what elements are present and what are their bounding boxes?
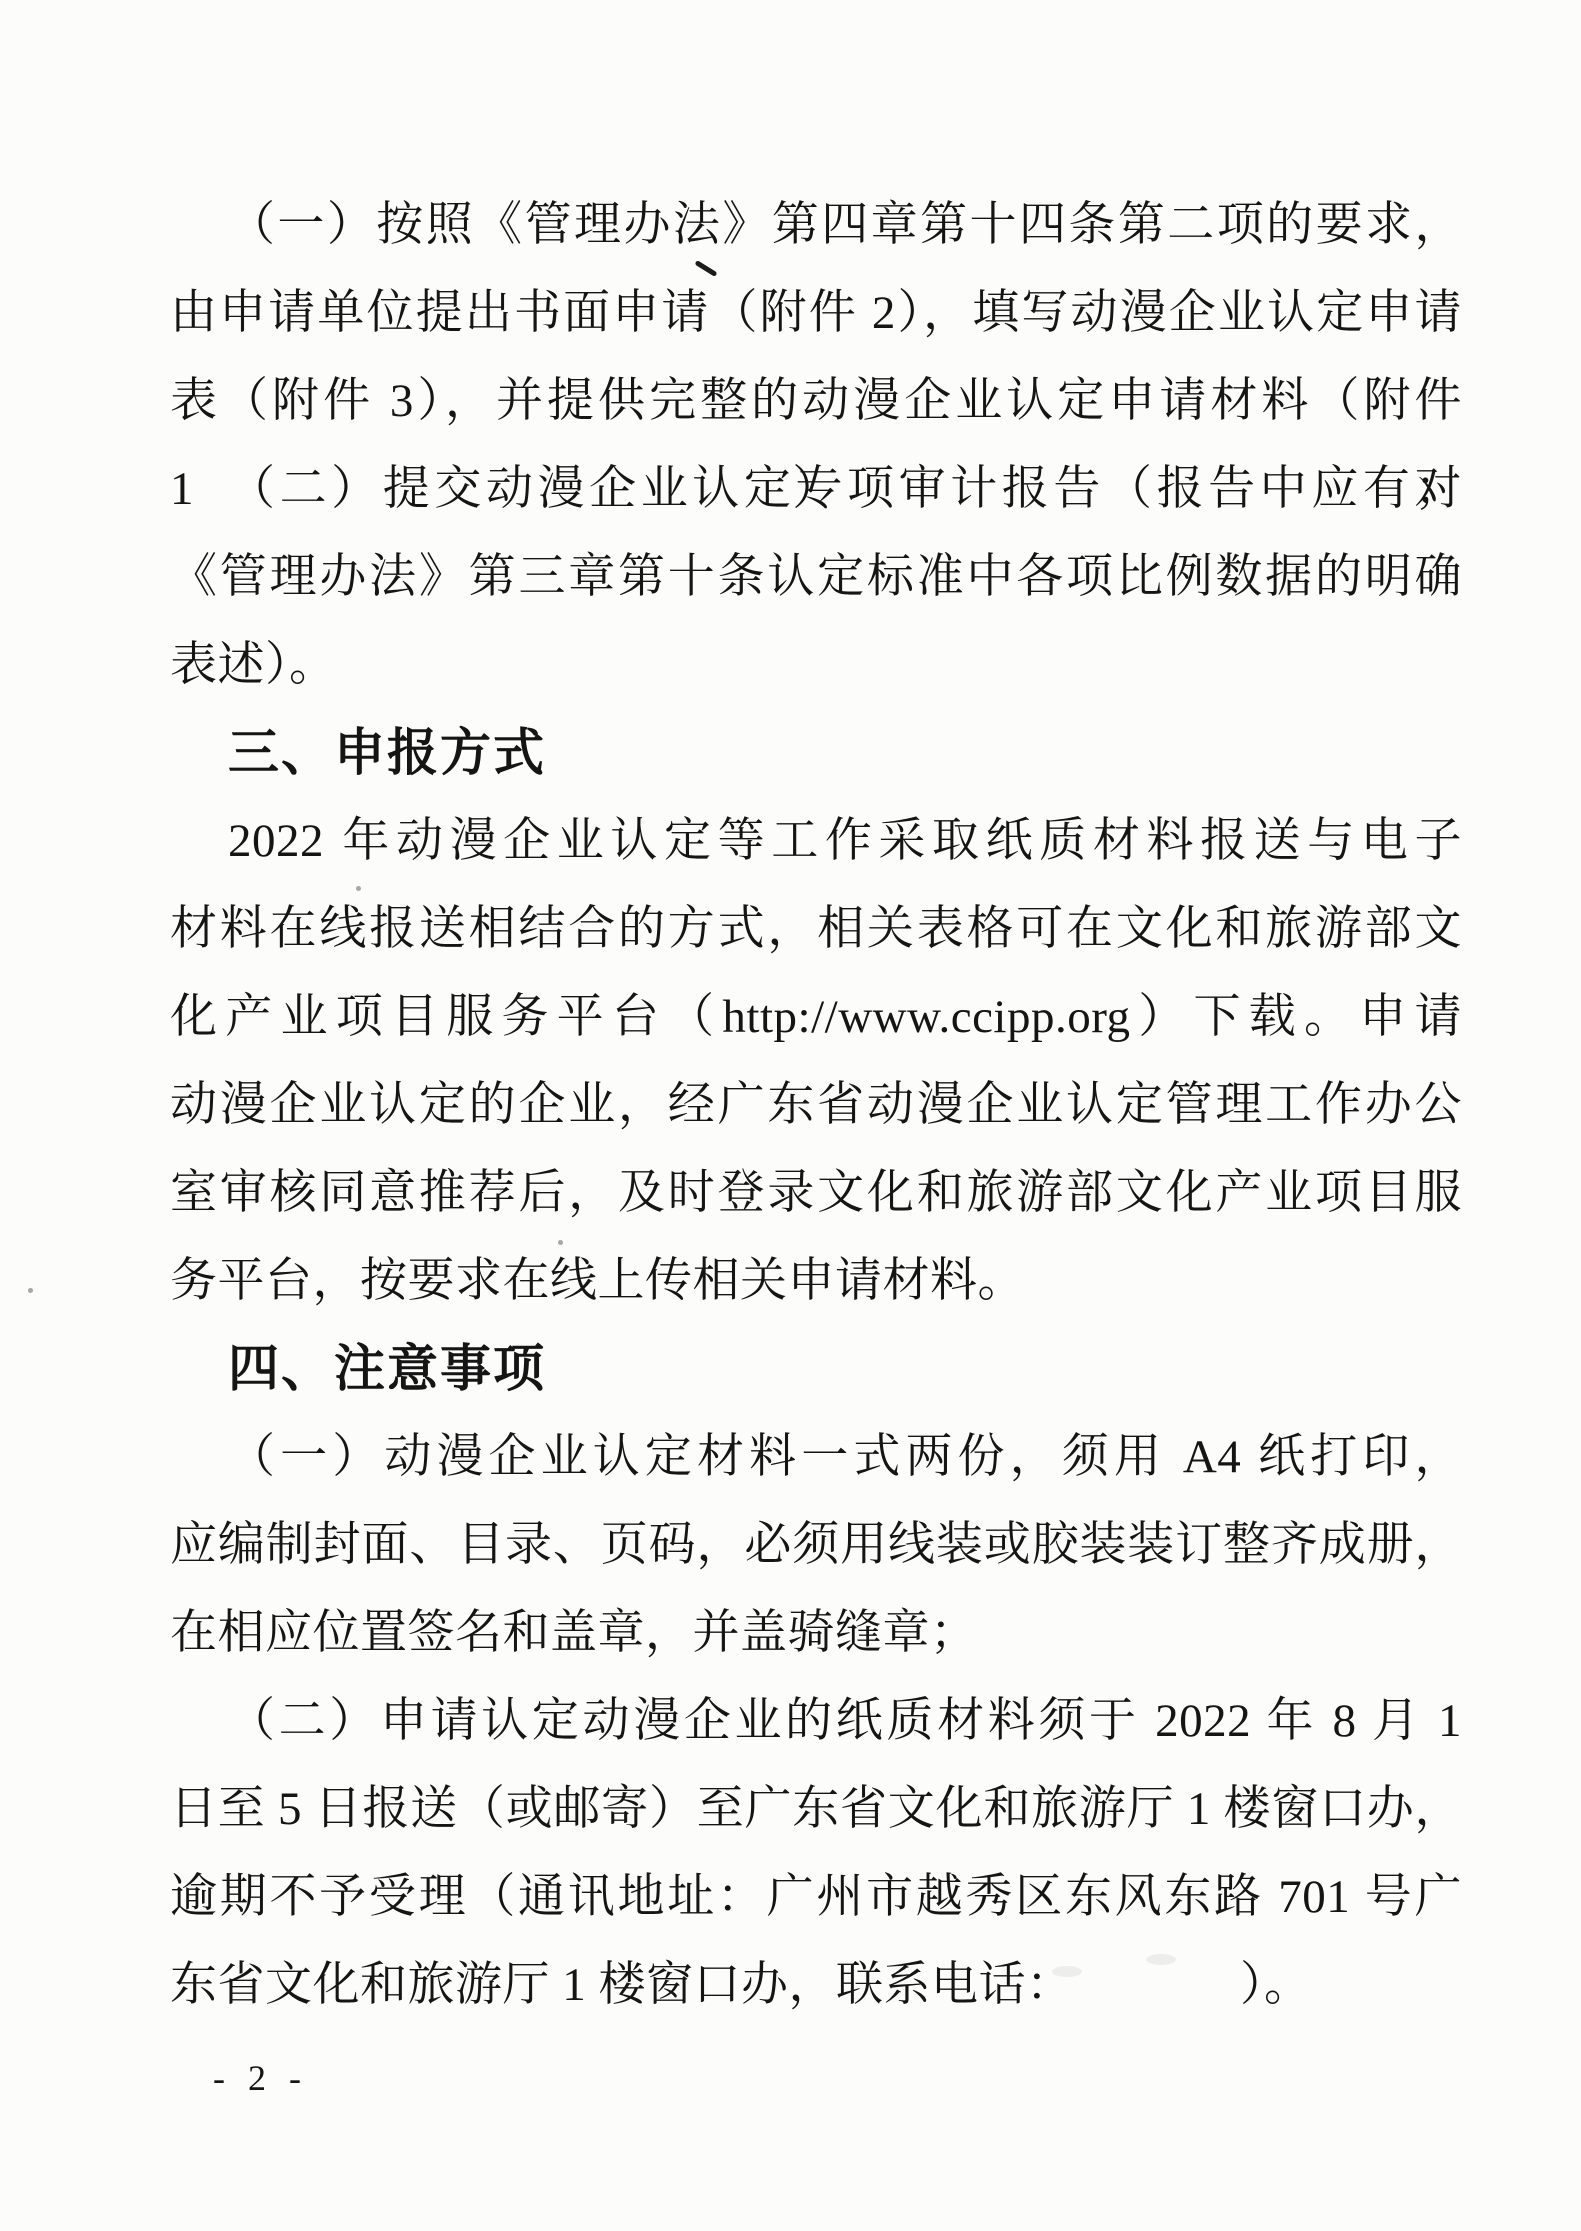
page-number: - 2 - (213, 2057, 308, 2099)
text-line: 逾期不予受理（通讯地址：广州市越秀区东风东路 701 号广 (170, 1853, 1462, 1941)
text-line: 动漫企业认定的企业，经广东省动漫企业认定管理工作办公 (170, 1061, 1462, 1149)
text-line: （一）动漫企业认定材料一式两份，须用 A4 纸打印， (170, 1413, 1462, 1501)
text-line: 在相应位置签名和盖章，并盖骑缝章； (170, 1589, 1462, 1677)
text-line: 表（附件 3），并提供完整的动漫企业认定申请材料（附件 1）； (170, 357, 1462, 445)
text-line: 由申请单位提出书面申请（附件 2），填写动漫企业认定申请 (170, 269, 1462, 357)
text-line: （二）申请认定动漫企业的纸质材料须于 2022 年 8 月 1 (170, 1677, 1462, 1765)
text-line: （一）按照《管理办法》第四章第十四条第二项的要求， (170, 181, 1462, 269)
scan-speck-artifact (356, 886, 361, 891)
text-line: 东省文化和旅游厅 1 楼窗口办，联系电话： ）。 (170, 1941, 1462, 2029)
text-line: 材料在线报送相结合的方式，相关表格可在文化和旅游部文 (170, 885, 1462, 973)
text-line: 日至 5 日报送（或邮寄）至广东省文化和旅游厅 1 楼窗口办， (170, 1765, 1462, 1853)
section-heading: 四、注意事项 (170, 1325, 1462, 1413)
text-line: 2022 年动漫企业认定等工作采取纸质材料报送与电子 (170, 797, 1462, 885)
text-line: 室审核同意推荐后，及时登录文化和旅游部文化产业项目服 (170, 1149, 1462, 1237)
text-line: 务平台，按要求在线上传相关申请材料。 (170, 1237, 1462, 1325)
text-line: 应编制封面、目录、页码，必须用线装或胶装装订整齐成册， (170, 1501, 1462, 1589)
scanned-document-page: （一）按照《管理办法》第四章第十四条第二项的要求，由申请单位提出书面申请（附件 … (0, 0, 1581, 2231)
text-line: 化产业项目服务平台（http://www.ccipp.org）下载。申请 (170, 973, 1462, 1061)
scan-speck-artifact (28, 1288, 33, 1293)
text-line: 表述）。 (170, 621, 1462, 709)
text-line: 《管理办法》第三章第十条认定标准中各项比例数据的明确 (170, 533, 1462, 621)
section-heading: 三、申报方式 (170, 709, 1462, 797)
scan-smudge-artifact (1146, 1954, 1176, 1965)
scan-smudge-artifact (1052, 1966, 1082, 1977)
scan-speck-artifact (558, 1240, 563, 1245)
text-line: （二）提交动漫企业认定专项审计报告（报告中应有对 (170, 445, 1462, 533)
document-body: （一）按照《管理办法》第四章第十四条第二项的要求，由申请单位提出书面申请（附件 … (170, 181, 1462, 2029)
